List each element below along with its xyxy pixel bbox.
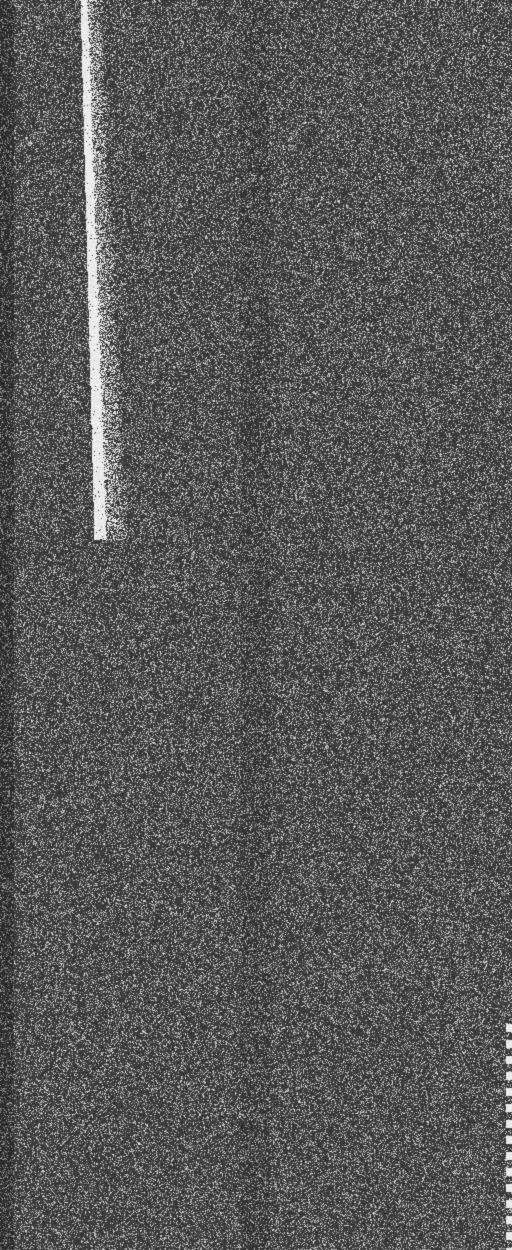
road-surface-photo xyxy=(0,0,512,1250)
asphalt-texture xyxy=(0,0,512,1250)
